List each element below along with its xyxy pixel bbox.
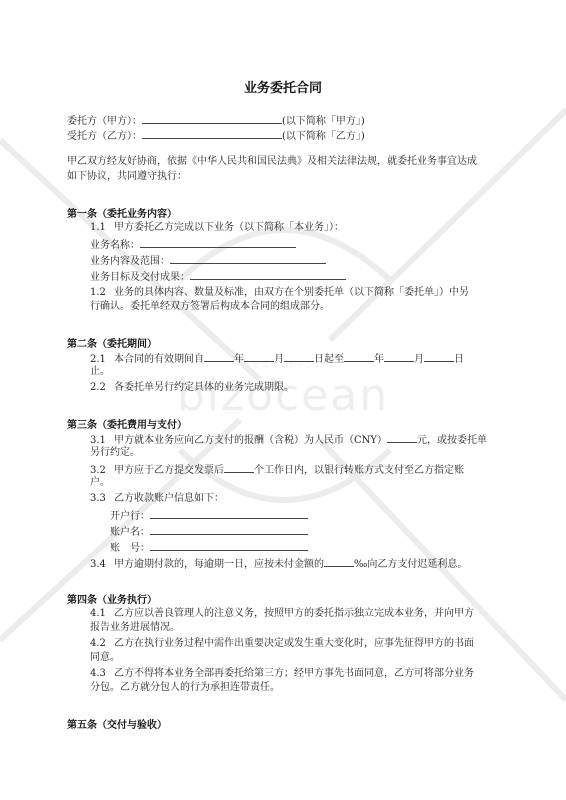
clause-4-2-cont: 同意。	[90, 651, 120, 664]
business-scope-blank[interactable]	[170, 253, 326, 264]
clause-3-2: 3.2甲方应于乙方提交发票后个工作日内，以银行转账方式支付至乙方指定账	[90, 462, 464, 477]
clause-3-4: 3.4甲方逾期付款的，每逾期一日，应按未付金额的‰向乙方支付迟延利息。	[90, 556, 467, 571]
clause-3-2-cont: 户。	[90, 476, 110, 489]
field-account-number: 账 号：	[110, 540, 308, 555]
preamble-line-1: 甲乙双方经友好协商，依据《中华人民共和国民法典》及相关法律法规，就委托业务事宜达…	[67, 155, 477, 168]
clause-text: 甲方逾期付款的，每逾期一日，应按未付金额的	[114, 559, 324, 570]
field-label: 业务内容及范围：	[90, 256, 170, 267]
business-name-blank[interactable]	[140, 237, 296, 248]
end-month-blank[interactable]	[384, 351, 414, 362]
clause-number: 1.1	[90, 221, 114, 234]
party-a-line: 委托方（甲方）：(以下简称「甲方」)	[67, 113, 365, 128]
year-label: 年	[234, 354, 244, 365]
day-from-label: 日起至	[314, 354, 344, 365]
clause-text: 甲方就本业务应向乙方支付的报酬（含税）为人民币（CNY）	[114, 435, 387, 446]
clause-number: 4.2	[90, 637, 114, 650]
field-label: 业务名称：	[90, 240, 140, 251]
article-4-heading: 第四条（业务执行）	[67, 591, 157, 606]
account-name-blank[interactable]	[150, 524, 308, 535]
clause-2-2: 2.2各委托单另行约定具体的业务完成期限。	[90, 381, 294, 394]
clause-text: 乙方在执行业务过程中需作出重要决定或发生重大变化时，应事先征得甲方的书面	[114, 638, 474, 649]
article-1-heading: 第一条（委托业务内容）	[67, 205, 177, 220]
clause-1-1: 1.1甲方委托乙方完成以下业务（以下简称「本业务」）：	[90, 221, 344, 234]
party-a-label: 委托方（甲方）：	[67, 116, 142, 127]
account-number-blank[interactable]	[150, 540, 308, 551]
document-title: 业务委托合同	[0, 77, 566, 96]
field-account-name: 账户名：	[110, 524, 308, 539]
party-a-suffix: (以下简称「甲方」)	[282, 116, 365, 127]
clause-text: 乙方不得将本业务全部再委托给第三方；经甲方事先书面同意，乙方可将部分业务	[114, 668, 474, 679]
party-b-blank[interactable]	[142, 128, 282, 139]
clause-3-3: 3.3乙方收款账户信息如下：	[90, 492, 224, 505]
clause-4-3: 4.3乙方不得将本业务全部再委托给第三方；经甲方事先书面同意，乙方可将部分业务	[90, 667, 474, 680]
article-5-heading: 第五条（交付与验收）	[67, 716, 167, 731]
clause-text: 本合同的有效期间自	[114, 354, 204, 365]
clause-4-1: 4.1乙方应以善良管理人的注意义务，按照甲方的委托指示独立完成本业务，并向甲方	[90, 607, 474, 620]
field-business-goal: 业务目标及交付成果：	[90, 269, 346, 284]
start-month-blank[interactable]	[244, 351, 274, 362]
field-label: 业务目标及交付成果：	[90, 272, 190, 283]
clause-2-1: 2.1本合同的有效期间自年月日起至年月日	[90, 351, 464, 366]
year-label: 年	[374, 354, 384, 365]
clause-text: 元，或按委托单	[417, 435, 487, 446]
field-business-name: 业务名称：	[90, 237, 296, 252]
start-year-blank[interactable]	[204, 351, 234, 362]
clause-number: 1.2	[90, 286, 114, 299]
field-bank: 开户行：	[110, 508, 308, 523]
clause-1-2-cont: 行确认。委托单经双方签署后构成本合同的组成部分。	[90, 300, 330, 313]
clause-text: 甲方应于乙方提交发票后	[114, 465, 224, 476]
business-goal-blank[interactable]	[190, 269, 346, 280]
clause-3-1-cont: 另行约定。	[90, 446, 140, 459]
clause-text: 甲方委托乙方完成以下业务（以下简称「本业务」）：	[114, 222, 344, 233]
party-b-suffix: (以下简称「乙方」)	[282, 131, 365, 142]
clause-number: 3.3	[90, 492, 114, 505]
article-3-heading: 第三条（委托费用与支付）	[67, 416, 187, 431]
late-rate-blank[interactable]	[324, 556, 354, 567]
month-label: 月	[274, 354, 284, 365]
end-year-blank[interactable]	[344, 351, 374, 362]
field-label: 账户名：	[110, 527, 150, 538]
clause-text: 业务的具体内容、数量及标准，由双方在个别委托单（以下简称「委托单」）中另	[114, 287, 469, 298]
month-label: 月	[414, 354, 424, 365]
clause-4-2: 4.2乙方在执行业务过程中需作出重要决定或发生重大变化时，应事先征得甲方的书面	[90, 637, 474, 650]
party-a-blank[interactable]	[142, 113, 282, 124]
clause-text: 乙方应以善良管理人的注意义务，按照甲方的委托指示独立完成本业务，并向甲方	[114, 608, 474, 619]
field-label: 账 号：	[110, 543, 150, 554]
clause-4-3-cont: 分包。乙方就分包人的行为承担连带责任。	[90, 681, 280, 694]
bank-blank[interactable]	[150, 508, 308, 519]
payment-days-blank[interactable]	[224, 462, 254, 473]
start-day-blank[interactable]	[284, 351, 314, 362]
clause-text: ‰向乙方支付迟延利息。	[354, 559, 467, 570]
field-label: 开户行：	[110, 511, 150, 522]
article-2-heading: 第二条（委托期间）	[67, 335, 157, 350]
clause-3-1: 3.1甲方就本业务应向乙方支付的报酬（含税）为人民币（CNY）元，或按委托单	[90, 432, 487, 447]
clause-number: 4.1	[90, 607, 114, 620]
preamble-line-2: 如下协议，共同遵守执行：	[67, 170, 187, 183]
clause-1-2: 1.2业务的具体内容、数量及标准，由双方在个别委托单（以下简称「委托单」）中另	[90, 286, 469, 299]
clause-4-1-cont: 报告业务进展情况。	[90, 621, 180, 634]
field-business-scope: 业务内容及范围：	[90, 253, 326, 268]
clause-text: 个工作日内，以银行转账方式支付至乙方指定账	[254, 465, 464, 476]
document-page: 业务委托合同 委托方（甲方）：(以下简称「甲方」) 受托方（乙方）：(以下简称「…	[0, 0, 566, 800]
clause-text: 乙方收款账户信息如下：	[114, 493, 224, 504]
clause-text: 各委托单另行约定具体的业务完成期限。	[114, 382, 294, 393]
day-label: 日	[454, 354, 464, 365]
party-b-line: 受托方（乙方）：(以下简称「乙方」)	[67, 128, 365, 143]
fee-amount-blank[interactable]	[387, 432, 417, 443]
end-day-blank[interactable]	[424, 351, 454, 362]
clause-number: 4.3	[90, 667, 114, 680]
clause-number: 2.2	[90, 381, 114, 394]
party-b-label: 受托方（乙方）：	[67, 131, 142, 142]
clause-2-1-cont: 止。	[90, 365, 110, 378]
clause-number: 3.4	[90, 558, 114, 571]
